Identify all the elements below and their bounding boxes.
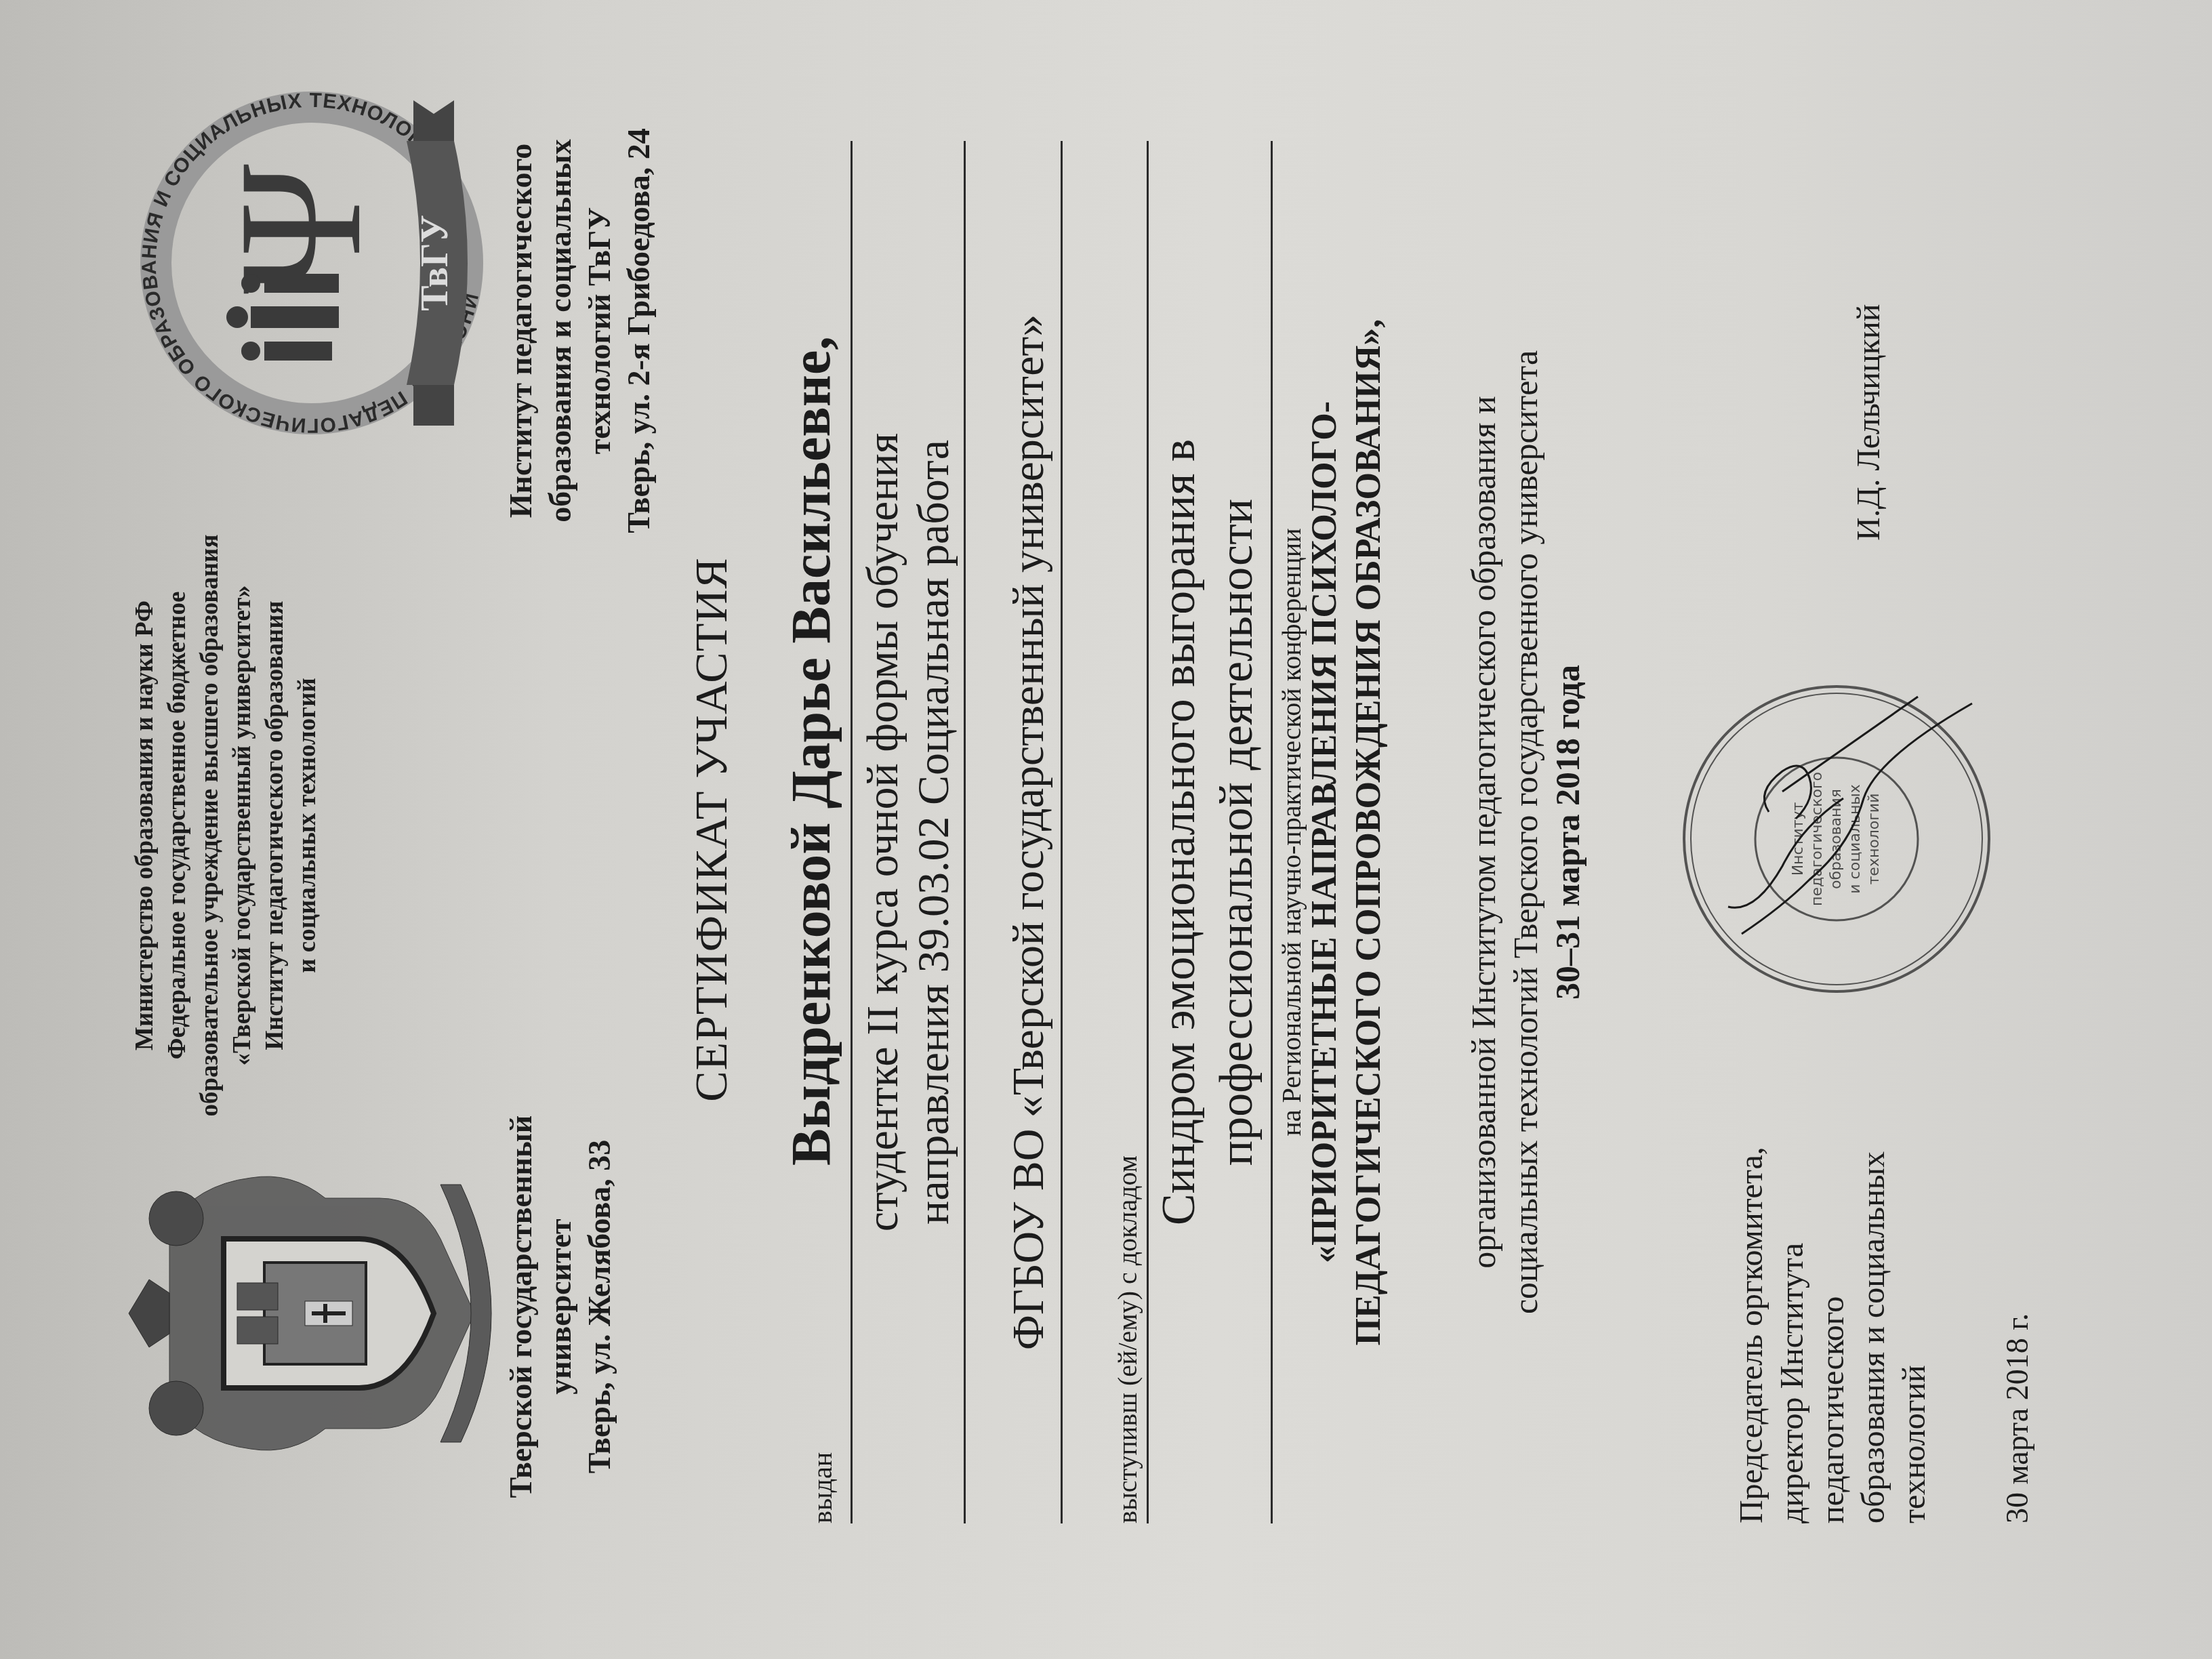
divider [1271, 141, 1273, 1523]
ministry-line: Федеральное государственное бюджетное [161, 507, 194, 1144]
signer-title-line: технологий [1894, 1049, 1935, 1523]
certificate-page: Министерство образования и науки РФ Феде… [0, 0, 2212, 1659]
institute-name-cont: технологий ТвГУ [580, 60, 619, 602]
university-coat-of-arms-icon [122, 1124, 515, 1503]
conference-label: на Региональной научно-практической конф… [1275, 141, 1307, 1523]
ministry-line: и социальных технологий [291, 507, 324, 1144]
stamp-center-line: и социальных [1847, 784, 1864, 893]
institute-address-block: Институт педагогического образования и с… [501, 60, 659, 602]
photo-background: Министерство образования и науки РФ Феде… [0, 0, 2212, 1659]
conference-title-line: «ПРИОРИТЕТНЫЕ НАПРАВЛЕНИЯ ПСИХОЛОГО- [1305, 141, 1345, 1523]
student-info-line: студентке II курса очной формы обучения [857, 141, 909, 1523]
organizer-line: социальных технологий Тверского государс… [1506, 141, 1545, 1523]
report-title-line: профессиональной деятельности [1210, 141, 1264, 1523]
institute-name: Институт педагогического [501, 60, 541, 602]
ministry-line: образовательное учреждение высшего образ… [194, 507, 226, 1144]
signer-title-line: Председатель оргкомитета, [1732, 1049, 1772, 1523]
university-address-block: Тверской государственный университет Тве… [501, 1049, 619, 1564]
university-address: Тверь, ул. Желябова, 33 [580, 1049, 619, 1564]
university-line: ФГБОУ ВО «Тверской государственный униве… [1003, 141, 1054, 1523]
ministry-line: Министерство образования и науки РФ [129, 507, 161, 1144]
official-stamp-icon: Институт педагогического образования и с… [1667, 636, 2006, 1015]
conference-title-line: ПЕДАГОГИЧЕСКОГО СОПРОВОЖДЕНИЯ ОБРАЗОВАНИ… [1349, 141, 1389, 1523]
issue-date: 30 марта 2018 г. [1999, 1313, 2035, 1523]
institute-address: Тверь, ул. 2-я Грибоедова, 24 [619, 60, 659, 602]
ministry-line: «Тверской государственный университет» [226, 507, 259, 1144]
institute-logo-icon: ИНСТИТУТ ПЕДАГОГИЧЕСКОГО ОБРАЗОВАНИЯ И С… [115, 73, 508, 453]
divider [1061, 141, 1063, 1523]
divider [964, 141, 966, 1523]
stamp-center-line: технологий [1866, 794, 1883, 885]
institute-name-cont: образования и социальных [541, 60, 580, 602]
signer-title-line: директор Института [1772, 1049, 1813, 1523]
university-name: Тверской государственный [501, 1049, 541, 1564]
organizer-line: организованной Институтом педагогическог… [1464, 141, 1503, 1523]
divider [1147, 141, 1149, 1523]
signer-title-line: образования и социальных [1853, 1049, 1894, 1523]
ministry-header: Министерство образования и науки РФ Феде… [129, 507, 324, 1144]
logo-ribbon-text: ТвГУ [414, 215, 456, 311]
divider [851, 141, 853, 1523]
signer-title-line: педагогического [1813, 1049, 1853, 1523]
certificate-title: СЕРТИФИКАТ УЧАСТИЯ [684, 0, 738, 1659]
student-program-line: направления 39.03.02 Социальная работа [908, 141, 960, 1523]
university-name-cont: университет [541, 1049, 580, 1564]
issued-label: выдан [806, 1452, 838, 1523]
ministry-line: Институт педагогического образования [259, 507, 291, 1144]
recipient-name: Выдренковой Дарье Васильевне, [779, 141, 843, 1361]
speaker-label: выступивш (ей/ему) с докладом [1111, 1155, 1143, 1523]
signer-title: Председатель оргкомитета, директор Инсти… [1732, 1049, 1935, 1523]
signer-name: И.Д. Лельчицкий [1850, 304, 1887, 541]
conference-dates: 30–31 марта 2018 года [1548, 141, 1587, 1523]
report-title-line: Синдром эмоционального выгорания в [1152, 141, 1206, 1523]
